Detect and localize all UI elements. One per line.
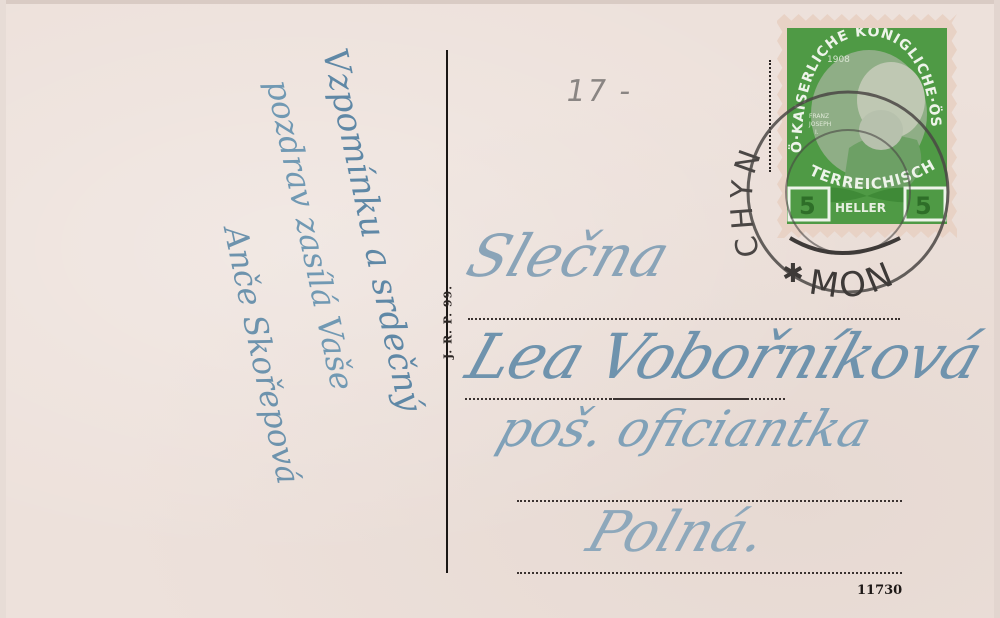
stamp-box-dotted-edge — [769, 60, 771, 172]
address-title: poš. oficiantka — [491, 400, 879, 458]
svg-text:JOSEPH: JOSEPH — [808, 121, 831, 128]
card-edge — [0, 0, 1000, 4]
svg-text:CHYN: CHYN — [730, 140, 771, 261]
publisher-mark: J. R. P. 99. — [442, 285, 455, 359]
stamp-design: 1908 FRANZ JOSEPH I. Ö·KAISERLICHE KÖNIG… — [787, 28, 947, 224]
svg-text:I.: I. — [815, 129, 819, 136]
postage-stamp: 1908 FRANZ JOSEPH I. Ö·KAISERLICHE KÖNIG… — [777, 14, 957, 238]
svg-text:✱: ✱ — [782, 259, 804, 289]
address-town: Polná. — [579, 500, 774, 565]
address-salutation: Slečna — [459, 222, 678, 290]
svg-text:1908: 1908 — [827, 55, 850, 65]
postcard: Vzpomínku a srdečný pozdrav zasílá Vaše … — [0, 0, 1000, 618]
serial-number: 11730 — [857, 583, 902, 598]
svg-text:MON: MON — [806, 253, 902, 306]
card-edge — [994, 0, 1000, 618]
svg-text:5: 5 — [799, 192, 816, 220]
svg-text:FRANZ: FRANZ — [809, 113, 829, 120]
svg-text:HELLER: HELLER — [835, 201, 886, 215]
address-name: Lea Vobořníková — [458, 320, 991, 393]
message-line-3: Anče Skořepová — [216, 223, 308, 488]
stamp-artwork: 1908 FRANZ JOSEPH I. Ö·KAISERLICHE KÖNIG… — [787, 28, 947, 224]
address-line-4 — [517, 572, 902, 574]
svg-text:5: 5 — [915, 192, 932, 220]
pencil-note: 17 - — [563, 74, 636, 109]
card-edge — [0, 0, 6, 618]
